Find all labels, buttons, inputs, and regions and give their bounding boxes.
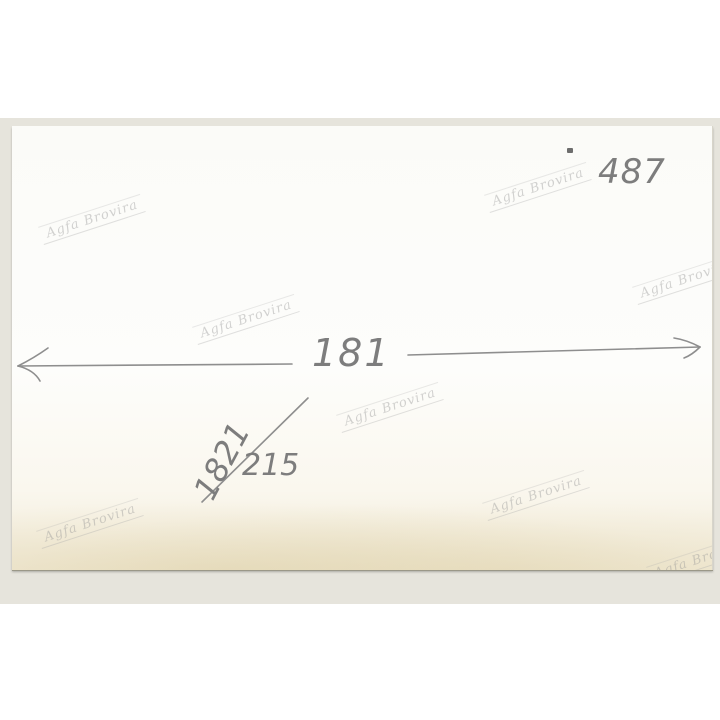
photo-print-back: Agfa Brovira Agfa Brovira Agfa Brovira A… [12, 126, 713, 570]
right-arrow-line [408, 347, 700, 355]
handwritten-number-487: 487 [598, 152, 666, 192]
handwritten-dimension-181: 181 [312, 331, 391, 375]
left-arrowhead-upper [18, 348, 48, 366]
left-arrowhead-lower [18, 366, 40, 381]
right-arrowhead-upper [674, 338, 700, 347]
handwritten-fraction-denominator: 215 [242, 448, 299, 483]
right-arrowhead-lower [684, 347, 700, 358]
left-arrow-line [18, 364, 292, 366]
